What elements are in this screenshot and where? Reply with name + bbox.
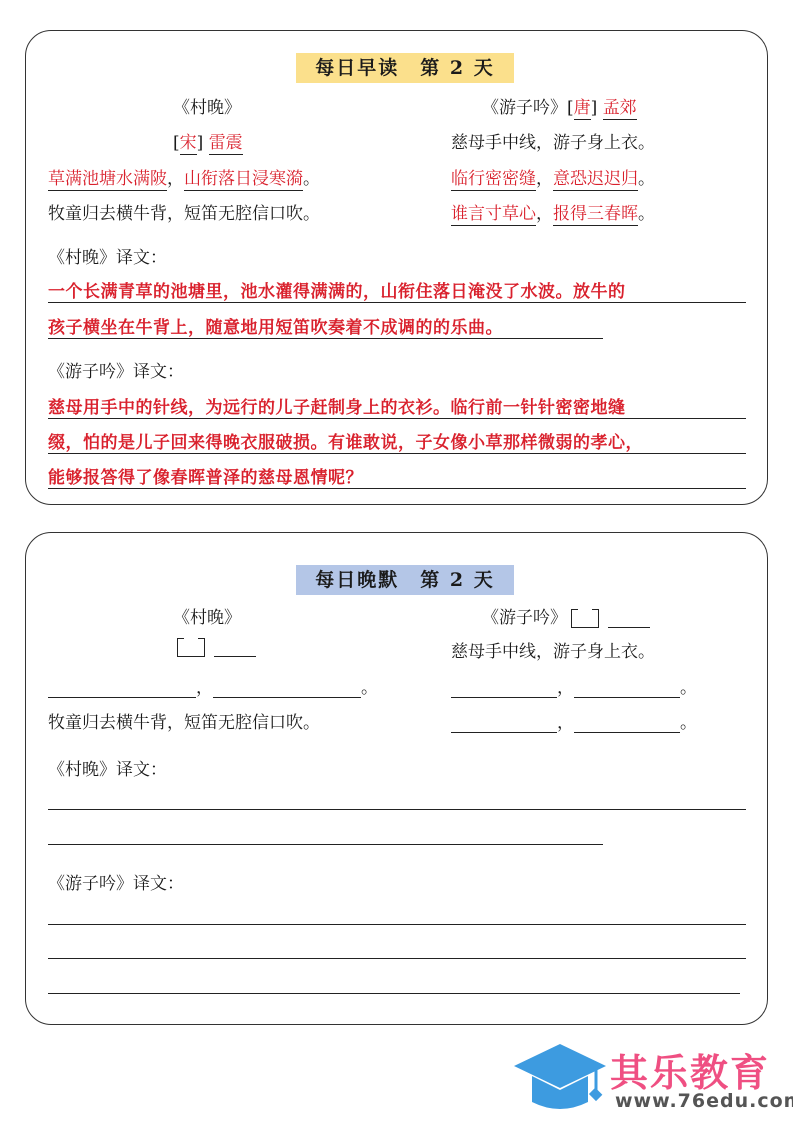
translation1-label: 《村晚》译文： [48, 243, 167, 268]
answer-line[interactable] [48, 844, 603, 845]
poem1-author: 雷震 [209, 133, 243, 155]
translation2-line: 缀，怕的是儿子回来得晚衣服破损。有谁敢说，子女像小草那样微弱的孝心， [48, 428, 746, 454]
poem2-line3: 谁言寸草心，报得三春晖。 [451, 199, 655, 224]
fill-blank[interactable] [451, 681, 557, 698]
morning-badge: 每日早读 第 2 天 [296, 53, 514, 83]
answer-line[interactable] [48, 809, 746, 810]
fill-blank[interactable] [213, 681, 361, 698]
poem2-line2: 临行密密缝，意恐迟迟归。 [451, 164, 655, 189]
brand-url: www.76edu.com [615, 1090, 793, 1112]
evening-poem2-line2: ，。 [451, 673, 697, 698]
poem1-line2: 牧童归去横牛背，短笛无腔信口吹。 [48, 199, 320, 224]
evening-translation1-label: 《村晚》译文： [48, 755, 167, 780]
author-blank[interactable] [214, 640, 256, 657]
translation2-label: 《游子吟》译文： [48, 357, 184, 382]
morning-reading-card: 每日早读 第 2 天 《村晚》 [宋] 雷震 草满池塘水满陂，山衔落日浸寒漪。 … [25, 30, 768, 505]
poem2-header: 《游子吟》[唐] 孟郊 [482, 93, 637, 118]
graduation-cap-icon [510, 1040, 606, 1115]
brand-logo: 其乐教育 www.76edu.com [510, 1040, 790, 1115]
poem1-byline: [宋] 雷震 [173, 128, 243, 153]
answer-line[interactable] [48, 958, 746, 959]
evening-poem1-title: 《村晚》 [173, 603, 241, 628]
fill-blank[interactable] [574, 681, 680, 698]
evening-poem1-line1: ，。 [48, 673, 378, 698]
poem1-line1: 草满池塘水满陂，山衔落日浸寒漪。 [48, 164, 320, 189]
evening-badge: 每日晚默 第 2 天 [296, 565, 514, 595]
answer-line[interactable] [48, 924, 746, 925]
author-blank[interactable] [608, 611, 650, 628]
evening-poem2-line3: ，。 [451, 708, 697, 733]
evening-translation2-label: 《游子吟》译文： [48, 869, 184, 894]
poem2-author: 孟郊 [603, 98, 637, 120]
translation2-line: 慈母用手中的针线，为远行的儿子赶制身上的衣衫。临行前一针针密密地缝 [48, 393, 746, 419]
evening-poem1-line2: 牧童归去横牛背，短笛无腔信口吹。 [48, 708, 320, 733]
brand-name: 其乐教育 [610, 1042, 770, 1097]
translation1-line: 孩子横坐在牛背上，随意地用短笛吹奏着不成调的的乐曲。 [48, 313, 603, 339]
answer-line[interactable] [48, 993, 740, 994]
evening-dictation-card: 每日晚默 第 2 天 《村晚》 ，。 牧童归去横牛背，短笛无腔信口吹。 《游子吟… [25, 532, 768, 1025]
dynasty-blank[interactable] [571, 609, 599, 628]
dynasty-blank[interactable] [177, 638, 205, 657]
translation1-line: 一个长满青草的池塘里，池水灌得满满的，山衔住落日淹没了水波。放牛的 [48, 277, 746, 303]
fill-blank[interactable] [574, 716, 680, 733]
poem2-dynasty: 唐 [574, 98, 591, 120]
poem1-dynasty: 宋 [180, 133, 197, 155]
evening-poem2-header: 《游子吟》 [482, 603, 650, 628]
evening-poem1-byline [173, 637, 256, 657]
fill-blank[interactable] [451, 716, 557, 733]
fill-blank[interactable] [48, 681, 196, 698]
evening-poem2-line1: 慈母手中线，游子身上衣。 [451, 637, 655, 662]
poem2-line1: 慈母手中线，游子身上衣。 [451, 128, 655, 153]
poem1-title: 《村晚》 [173, 93, 241, 118]
poem2-title: 《游子吟》 [482, 98, 567, 118]
translation2-line: 能够报答得了像春晖普泽的慈母恩情呢？ [48, 463, 746, 489]
